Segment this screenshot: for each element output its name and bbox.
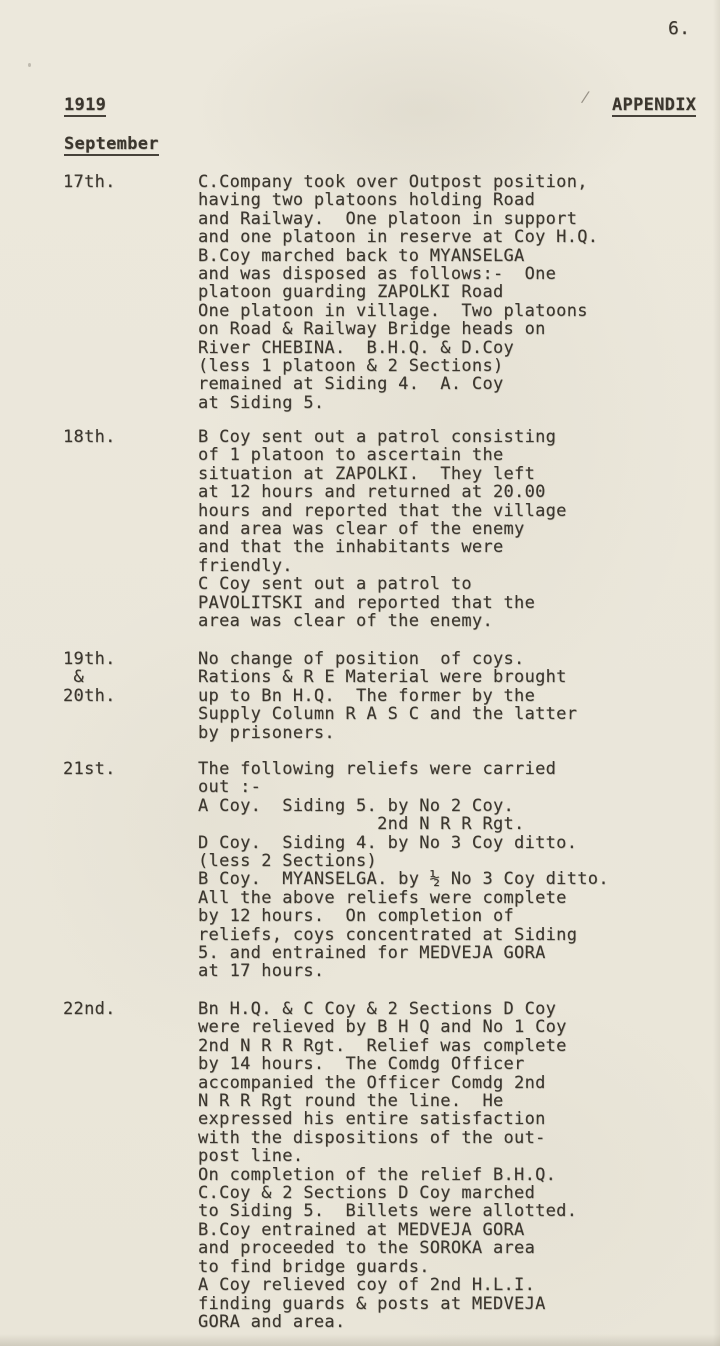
entry-date: 18th.	[63, 428, 116, 446]
month-heading: September	[64, 135, 159, 156]
ink-speck	[28, 63, 31, 67]
entry-date: 19th. & 20th.	[63, 650, 116, 705]
month-heading-text: September	[64, 135, 159, 156]
entry-date: 21st.	[63, 760, 116, 778]
entry-body: C.Company took over Outpost position, ha…	[198, 173, 598, 412]
page-edge-shadow-right	[713, 0, 720, 1346]
entry-body: The following reliefs were carried out :…	[198, 760, 609, 981]
diary-page: 6. / 1919 APPENDIX September 17th. C.Com…	[0, 0, 720, 1346]
appendix-heading: APPENDIX	[612, 96, 696, 117]
page-number: 6.	[668, 20, 690, 38]
entry-body: Bn H.Q. & C Coy & 2 Sections D Coy were …	[198, 1000, 577, 1331]
year-heading-text: 1919	[64, 96, 106, 117]
entry-date: 17th.	[63, 173, 116, 191]
year-heading: 1919	[64, 96, 106, 117]
page-edge-shadow-bottom	[0, 1334, 720, 1346]
entry-body: B Coy sent out a patrol consisting of 1 …	[198, 428, 567, 630]
entry-date: 22nd.	[63, 1000, 116, 1018]
entry-body: No change of position of coys. Rations &…	[198, 650, 577, 742]
stray-mark: /	[580, 87, 592, 107]
appendix-heading-text: APPENDIX	[612, 96, 696, 117]
